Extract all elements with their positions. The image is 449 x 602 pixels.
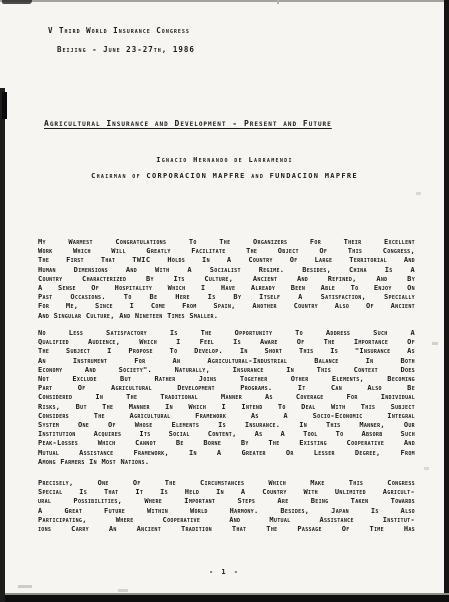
congress-venue-date: Beijing - June 23-27th, 1986 bbox=[57, 45, 195, 54]
text-line: The Subject I Propose To Develop. In Sho… bbox=[38, 347, 415, 356]
scan-speck bbox=[424, 467, 429, 470]
text-line: Considers The Agricultural Framework As … bbox=[38, 412, 415, 421]
text-line: Past Occasions. To Be Here Is By Itself … bbox=[38, 293, 415, 302]
text-line: A Sense Of Hospitality Which I Have Alre… bbox=[38, 284, 415, 293]
text-line: Considered In The Traditional Manner As … bbox=[38, 393, 415, 402]
text-line: And Singular Culture, And Nineteen Times… bbox=[38, 312, 415, 321]
text-line: An Instrument For An Agricultural-Indust… bbox=[38, 357, 415, 366]
text-line: A Great Future Within World Harmony. Bes… bbox=[38, 507, 415, 516]
text-line: Risks, But The Manner In Which I Intend … bbox=[38, 403, 415, 412]
text-line: For Me, Since I Come From Spain, Another… bbox=[38, 302, 415, 311]
page-number: - 1 - bbox=[0, 568, 449, 576]
text-line: Among Farmers In Most Nations. bbox=[38, 458, 415, 467]
scan-speck bbox=[277, 0, 279, 4]
text-line: The First That TWIC Holds In A Country O… bbox=[38, 256, 415, 265]
scan-speck bbox=[118, 589, 128, 592]
text-line: Institution Acquires Its Social Content,… bbox=[38, 430, 415, 439]
text-line: Human Dimensions And With A Socialist Re… bbox=[38, 266, 415, 275]
scan-edge-right bbox=[444, 0, 449, 602]
scan-edge-top bbox=[0, 0, 449, 2]
text-line: Precisely, One Of The Circumstances Whic… bbox=[38, 479, 415, 488]
text-line: Work Which Will Greatly Facilitate The O… bbox=[38, 247, 415, 256]
text-line: Qualified Audience, Which I Feel Is Awar… bbox=[38, 338, 415, 347]
ink-mark-left bbox=[2, 92, 7, 119]
scan-edge-left bbox=[0, 88, 5, 602]
text-line: Participating, Where Cooperative And Mut… bbox=[38, 516, 415, 525]
text-line: Not Exclude But Rather Joins Together Ot… bbox=[38, 375, 415, 384]
text-line: My Warmest Congratulations To The Organi… bbox=[38, 238, 415, 247]
text-line: Special Is That It Is Held In A Country … bbox=[38, 488, 415, 497]
scan-speck bbox=[432, 342, 438, 345]
body-paragraph-1: My Warmest Congratulations To The Organi… bbox=[38, 238, 415, 321]
scanned-page: V Third World Insurance Congress Beijing… bbox=[0, 0, 449, 602]
text-line: System One Of Whose Elements Is Insuranc… bbox=[38, 421, 415, 430]
text-line: Country Characterized By Its Culture, An… bbox=[38, 275, 415, 284]
body-paragraph-2: No Less Satisfactory Is The Opportunity … bbox=[38, 329, 415, 467]
text-line: Mutual Assistance Framework, In A Greate… bbox=[38, 449, 415, 458]
ink-smudge-top-left bbox=[2, 0, 32, 4]
paper-title: Agricultural Insurance and Development -… bbox=[44, 119, 332, 128]
scan-edge-bottom bbox=[0, 595, 449, 602]
congress-name: V Third World Insurance Congress bbox=[48, 26, 190, 35]
scan-speck bbox=[18, 585, 32, 588]
text-line: Economy And Society". Naturally, Insuran… bbox=[38, 366, 415, 375]
text-line: Part Of Agricultural Development Program… bbox=[38, 384, 415, 393]
body-paragraph-3: Precisely, One Of The Circumstances Whic… bbox=[38, 479, 415, 534]
text-line: ions Carry An Ancient Tradition That The… bbox=[38, 525, 415, 534]
author-name: Ignacio Hernando de Larramendi bbox=[0, 156, 449, 164]
scan-edge-bottom-shadow bbox=[0, 593, 449, 595]
author-role: Chairman of CORPORACION MAPFRE and FUNDA… bbox=[0, 172, 449, 180]
scan-speck bbox=[416, 192, 421, 195]
text-line: Peak-Losses Which Cannot Be Borne By The… bbox=[38, 439, 415, 448]
text-line: No Less Satisfactory Is The Opportunity … bbox=[38, 329, 415, 338]
text-line: ural Possibilities, Where Important Step… bbox=[38, 497, 415, 506]
